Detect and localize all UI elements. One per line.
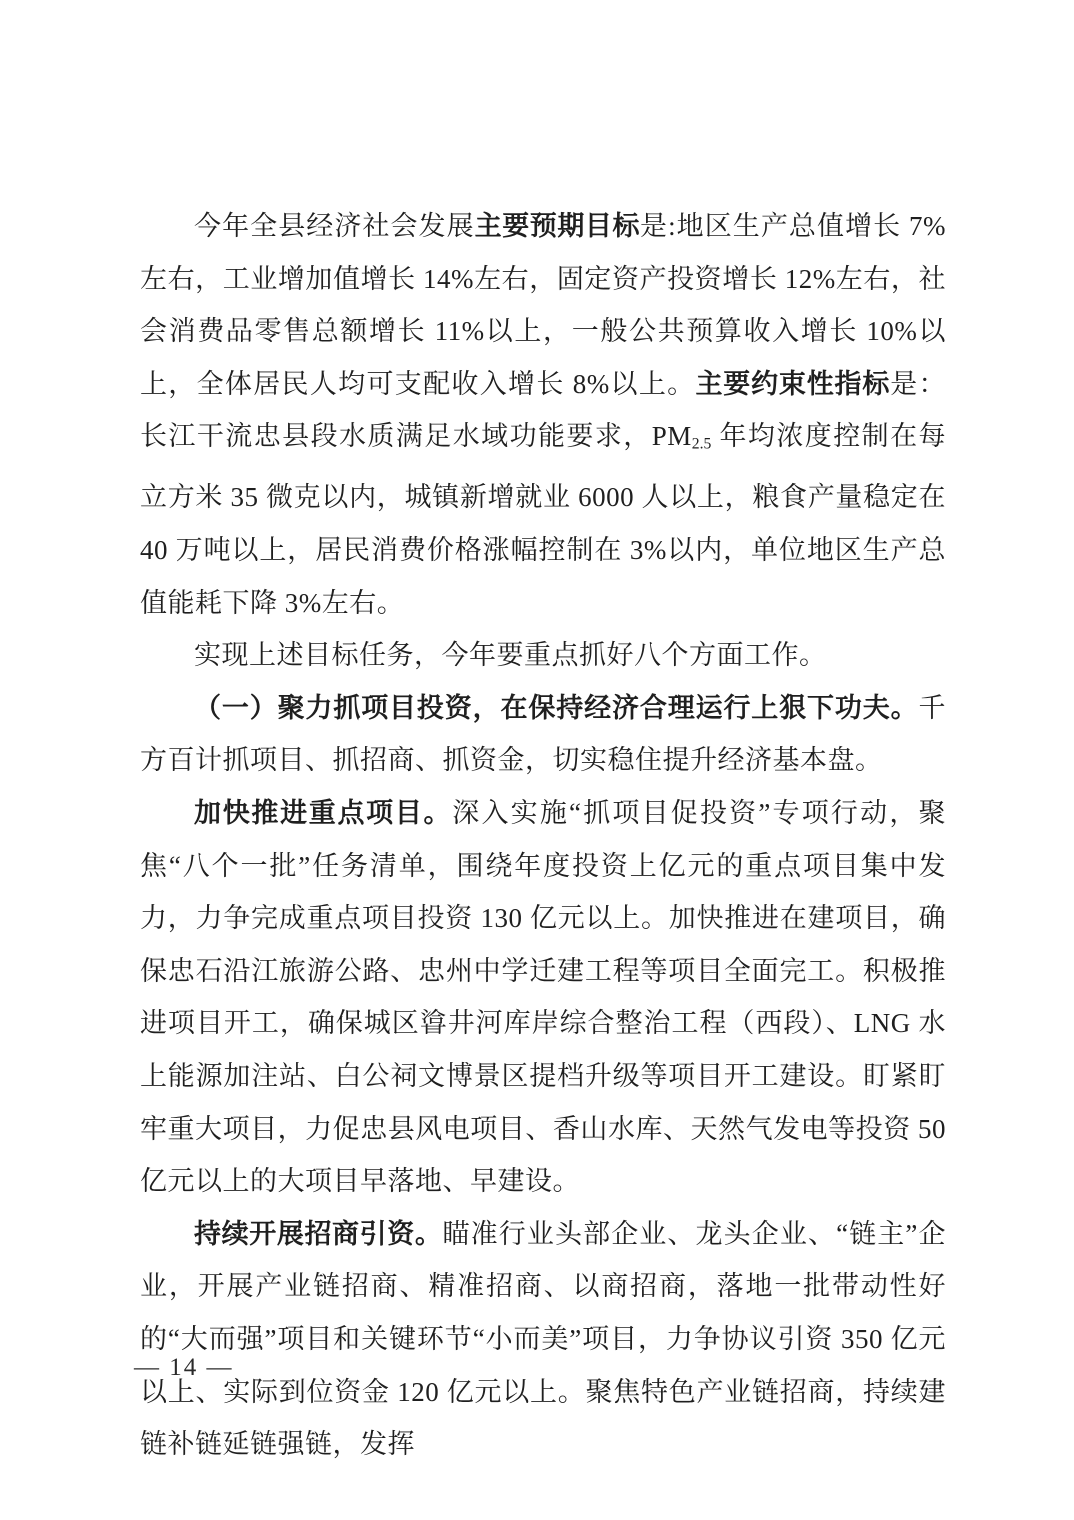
- document-page: 今年全县经济社会发展主要预期目标是:地区生产总值增长 7%左右，工业增加值增长 …: [0, 0, 1074, 1520]
- bold-heading-run: 主要预期目标: [475, 211, 640, 241]
- paragraph: 实现上述目标任务，今年要重点抓好八个方面工作。: [140, 629, 946, 682]
- text-run: 今年全县经济社会发展: [194, 211, 475, 241]
- text-run: 深入实施“抓项目促投资”专项行动，聚焦“八个一批”任务清单，围绕年度投资上亿元的…: [140, 798, 946, 1196]
- text-run: 实现上述目标任务，今年要重点抓好八个方面工作。: [194, 640, 827, 670]
- paragraph: 持续开展招商引资。瞄准行业头部企业、龙头企业、“链主”企业，开展产业链招商、精准…: [140, 1208, 946, 1471]
- text-run: 瞄准行业头部企业、龙头企业、“链主”企业，开展产业链招商、精准招商、以商招商，落…: [140, 1219, 946, 1459]
- bold-heading-run: （一）聚力抓项目投资，在保持经济合理运行上狠下功夫。: [194, 693, 919, 723]
- pm25-subscript: 2.5: [692, 436, 712, 453]
- bold-heading-run: 持续开展招商引资。: [194, 1219, 443, 1249]
- paragraph: 今年全县经济社会发展主要预期目标是:地区生产总值增长 7%左右，工业增加值增长 …: [140, 200, 946, 629]
- page-number-footer: — 14 —: [134, 1350, 234, 1386]
- bold-heading-run: 加快推进重点项目。: [194, 798, 452, 828]
- bold-heading-run: 主要约束性指标: [696, 369, 891, 399]
- paragraph: （一）聚力抓项目投资，在保持经济合理运行上狠下功夫。千方百计抓项目、抓招商、抓资…: [140, 682, 946, 787]
- document-body: 今年全县经济社会发展主要预期目标是:地区生产总值增长 7%左右，工业增加值增长 …: [140, 200, 946, 1471]
- paragraph: 加快推进重点项目。深入实施“抓项目促投资”专项行动，聚焦“八个一批”任务清单，围…: [140, 787, 946, 1208]
